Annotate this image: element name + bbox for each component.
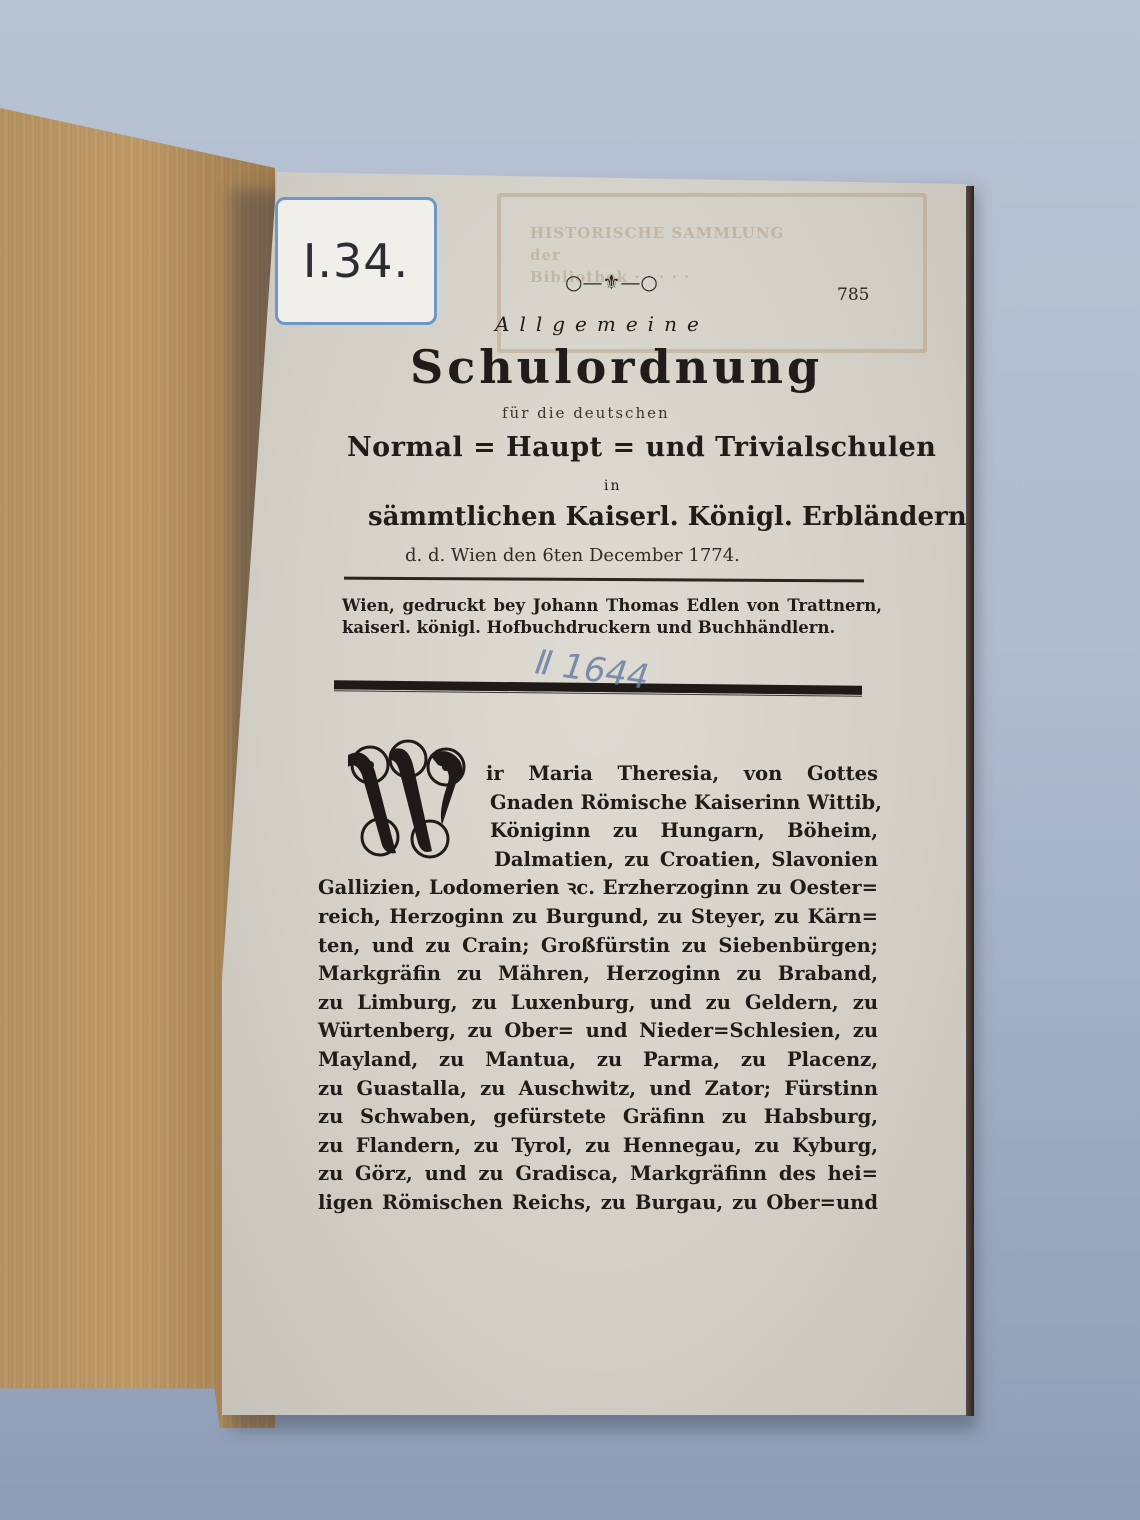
body-line: ligen Römischen Reichs, zu Burgau, zu Ob… [318, 1189, 878, 1218]
body-line: zu Görz, und zu Gradisca, Markgräfinn de… [318, 1160, 878, 1189]
ornament-icon: ○—⚜—○ [565, 270, 658, 294]
body-line: zu Limburg, zu Luxenburg, und zu Geldern… [318, 989, 878, 1018]
printer-imprint: Wien, gedruckt bey Johann Thomas Edlen v… [342, 595, 882, 639]
body-line: zu Schwaben, gefürstete Gräfinn zu Habsb… [318, 1103, 878, 1132]
title-line-schulordnung: Schulordnung [410, 340, 823, 394]
body-line: ir Maria Theresia, von Gottes [318, 760, 878, 789]
shelfmark-text: I.34. [303, 234, 409, 288]
body-text: ir Maria Theresia, von Gottes Gnaden Röm… [318, 760, 878, 1218]
title-line-schulen: Normal = Haupt = und Trivialschulen [347, 432, 936, 463]
stamp-line: der [530, 244, 890, 266]
title-line-date: d. d. Wien den 6ten December 1774. [405, 545, 740, 566]
title-line-laender: sämmtlichen Kaiserl. Königl. Erbländern [368, 502, 967, 532]
body-line: Würtenberg, zu Ober= und Nieder=Schlesie… [318, 1017, 878, 1046]
body-line: Markgräfin zu Mähren, Herzoginn zu Braba… [318, 960, 878, 989]
body-line: zu Guastalla, zu Auschwitz, und Zator; F… [318, 1075, 878, 1104]
body-line: Mayland, zu Mantua, zu Parma, zu Placenz… [318, 1046, 878, 1075]
body-line: Königinn zu Hungarn, Böheim, [318, 817, 878, 846]
shelfmark-label: I.34. [275, 197, 437, 325]
page-number: 785 [837, 285, 869, 305]
stamp-line: HISTORISCHE SAMMLUNG [530, 222, 890, 244]
body-line: reich, Herzoginn zu Burgund, zu Steyer, … [318, 903, 878, 932]
body-line: Gnaden Römische Kaiserinn Wittib, [318, 789, 878, 818]
body-line: zu Flandern, zu Tyrol, zu Hennegau, zu K… [318, 1132, 878, 1161]
body-line: Gallizien, Lodomerien ꝛc. Erzherzoginn z… [318, 874, 878, 903]
body-line: ten, und zu Crain; Großfürstin zu Sieben… [318, 932, 878, 961]
title-line-allgemeine: Allgemeine [495, 312, 709, 336]
body-line: Dalmatien, zu Croatien, Slavonien [318, 846, 878, 875]
page-edge [966, 186, 974, 1416]
title-line-in: in [604, 478, 622, 494]
title-line-fuer: für die deutschen [502, 404, 670, 422]
